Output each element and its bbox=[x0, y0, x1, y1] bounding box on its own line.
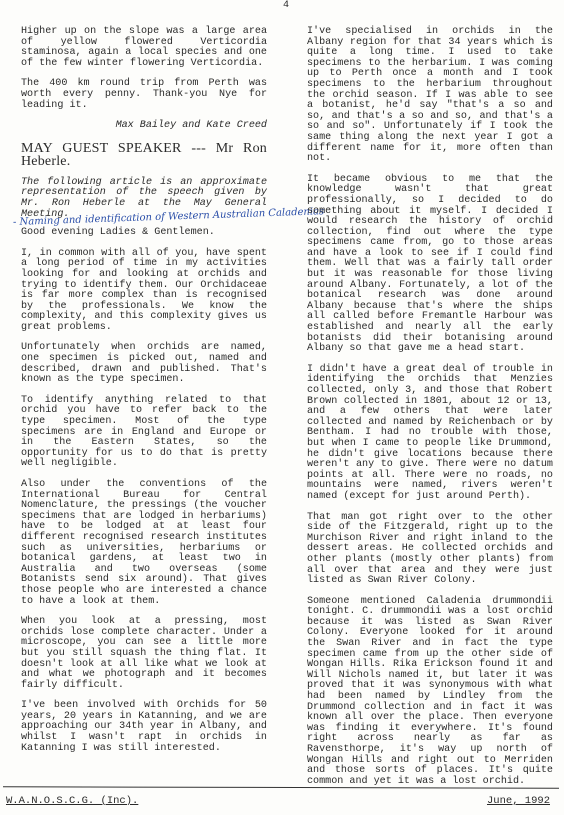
greeting: Good evening Ladies & Gentlemen. bbox=[21, 228, 267, 239]
paragraph: When you look at a pressing, most orchid… bbox=[21, 617, 267, 691]
footer-date: June, 1992 bbox=[487, 795, 550, 807]
paragraph: I, in common with all of you, have spent… bbox=[21, 249, 267, 334]
left-column: Higher up on the slope was a large area … bbox=[21, 27, 267, 754]
paragraph: The 400 km round trip from Perth was wor… bbox=[21, 79, 267, 111]
page-number: 4 bbox=[283, 0, 289, 11]
article-signature: Max Bailey and Kate Creed bbox=[21, 121, 267, 132]
paragraph: Also under the conventions of the Intern… bbox=[21, 480, 267, 607]
paragraph: Higher up on the slope was a large area … bbox=[21, 27, 267, 69]
paragraph: I've been involved with Orchids for 50 y… bbox=[21, 701, 267, 754]
footer-organisation: W.A.N.O.S.C.G. (Inc). bbox=[6, 795, 138, 807]
paragraph: To identify anything related to that orc… bbox=[21, 396, 267, 470]
paragraph: I didn't have a great deal of trouble in… bbox=[307, 365, 553, 503]
paragraph: Someone mentioned Caladenia drummondii t… bbox=[307, 597, 553, 788]
footer-divider bbox=[3, 786, 559, 788]
paragraph: That man got right over to the other sid… bbox=[307, 513, 553, 587]
right-column: I've specialised in orchids in the Alban… bbox=[307, 27, 553, 787]
paragraph: I've specialised in orchids in the Alban… bbox=[307, 27, 553, 165]
section-heading: MAY GUEST SPEAKER --- Mr Ron Heberle. bbox=[21, 142, 267, 168]
paragraph: Unfortunately when orchids are named, on… bbox=[21, 343, 267, 385]
paragraph: It became obvious to me that the knowled… bbox=[307, 175, 553, 355]
